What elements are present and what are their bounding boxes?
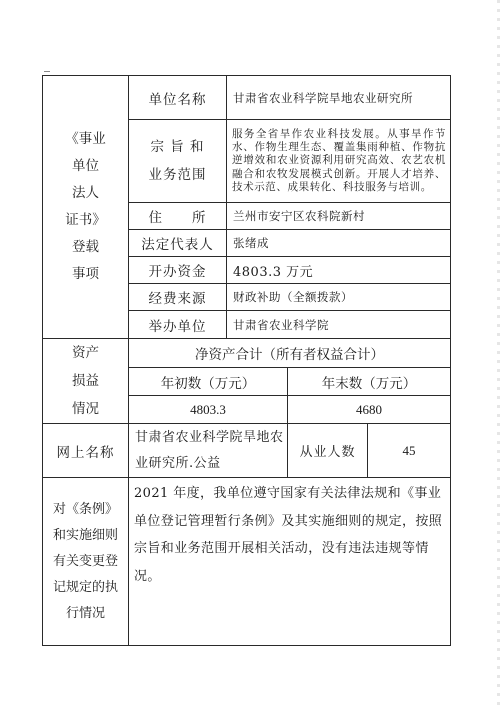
- section-label-line: 证书》: [43, 207, 128, 234]
- start-of-year-value: 4803.3: [129, 396, 288, 424]
- compliance-label-line: 记规定的执: [43, 575, 128, 601]
- funding-source-value: 财政补助（全额拨款）: [227, 284, 451, 311]
- legal-rep-label: 法定代表人: [129, 230, 227, 257]
- row-online-name: 网上名称 甘肃省农业科学院旱地农业研究所.公益 从业人数 45: [43, 424, 451, 478]
- certificate-table: 《事业 单位 法人 证书》 登载 事项 单位名称 甘肃省农业科学院旱地农业研究所…: [42, 75, 451, 646]
- scan-mark: [44, 71, 50, 72]
- online-name-label: 网上名称: [43, 424, 129, 478]
- assets-label-line: 资产: [43, 339, 128, 367]
- end-of-year-header: 年末数（万元）: [288, 368, 451, 396]
- scope-value: 服务全省旱作农业科技发展。从事旱作节水、作物生理生态、覆盖集雨种植、作物抗逆增效…: [227, 120, 451, 203]
- section-label-line: 单位: [43, 153, 128, 180]
- row-compliance: 对《条例》 和实施细则 有关变更登 记规定的执 行情况 2021 年度，我单位遵…: [43, 478, 451, 646]
- scope-label-line: 业务范围: [129, 161, 226, 189]
- section-label-line: 《事业: [43, 126, 128, 153]
- section-registration-label: 《事业 单位 法人 证书》 登载 事项: [43, 76, 129, 339]
- legal-rep-value: 张绪成: [227, 230, 451, 257]
- funding-source-label: 经费来源: [129, 284, 227, 311]
- unit-name-label: 单位名称: [129, 76, 227, 120]
- assets-label-line: 损益: [43, 367, 128, 395]
- compliance-label: 对《条例》 和实施细则 有关变更登 记规定的执 行情况: [43, 478, 129, 646]
- section-label-line: 事项: [43, 261, 128, 288]
- assets-section-label: 资产 损益 情况: [43, 339, 129, 424]
- compliance-label-line: 和实施细则: [43, 523, 128, 549]
- assets-label-line: 情况: [43, 395, 128, 423]
- address-label: 住 所: [129, 203, 227, 230]
- section-label-line: 登载: [43, 234, 128, 261]
- compliance-label-line: 有关变更登: [43, 549, 128, 575]
- staff-count-value: 45: [368, 424, 451, 478]
- end-of-year-value: 4680: [288, 396, 451, 424]
- compliance-label-line: 对《条例》: [43, 497, 128, 523]
- compliance-label-line: 行情况: [43, 601, 128, 627]
- row-assets-header: 资产 损益 情况 净资产合计（所有者权益合计）: [43, 339, 451, 368]
- scope-label-line: 宗 旨 和: [129, 133, 226, 161]
- unit-name-value: 甘肃省农业科学院旱地农业研究所: [227, 76, 451, 120]
- online-name-value: 甘肃省农业科学院旱地农业研究所.公益: [129, 424, 288, 478]
- row-unit-name: 《事业 单位 法人 证书》 登载 事项 单位名称 甘肃省农业科学院旱地农业研究所: [43, 76, 451, 120]
- scope-label: 宗 旨 和 业务范围: [129, 120, 227, 203]
- net-assets-header: 净资产合计（所有者权益合计）: [129, 339, 451, 368]
- sponsor-label: 举办单位: [129, 311, 227, 339]
- sponsor-value: 甘肃省农业科学院: [227, 311, 451, 339]
- section-label-line: 法人: [43, 180, 128, 207]
- start-of-year-header: 年初数（万元）: [129, 368, 288, 396]
- staff-count-label: 从业人数: [288, 424, 368, 478]
- capital-label: 开办资金: [129, 257, 227, 284]
- compliance-text: 2021 年度，我单位遵守国家有关法律法规和《事业单位登记管理暂行条例》及其实施…: [129, 478, 451, 646]
- capital-value: 4803.3 万元: [227, 257, 451, 284]
- address-value: 兰州市安宁区农科院新村: [227, 203, 451, 230]
